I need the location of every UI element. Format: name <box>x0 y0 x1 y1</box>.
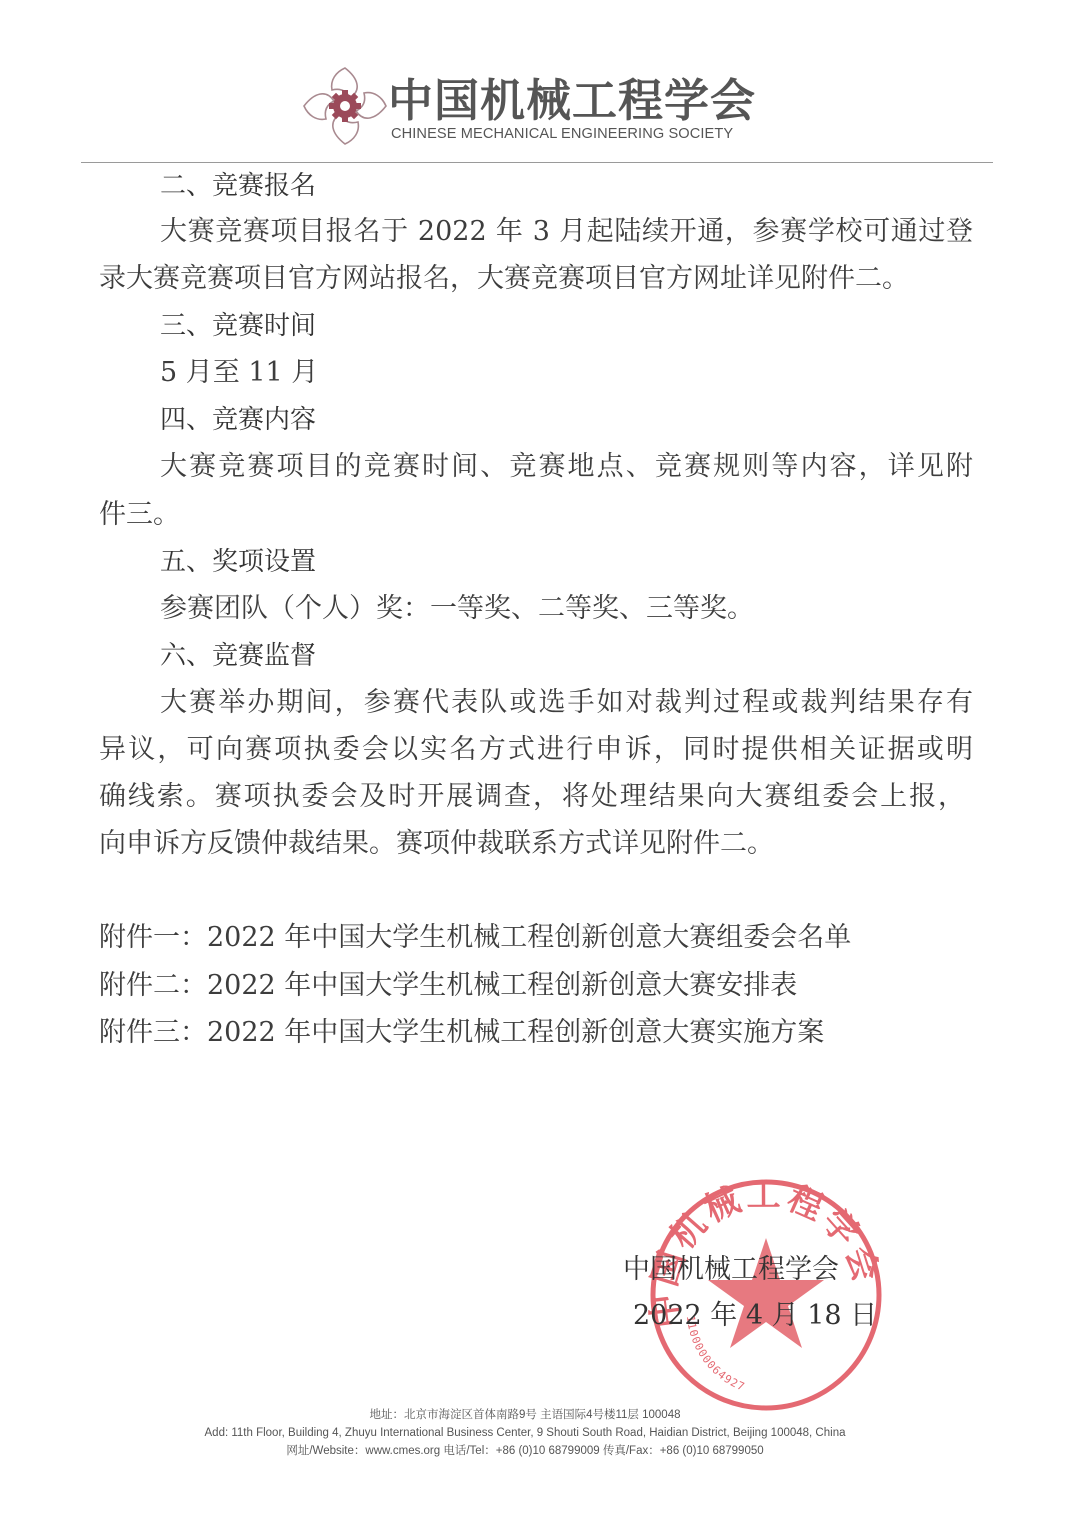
paragraph-line: 确线索。赛项执委会及时开展调查，将处理结果向大赛组委会上报， <box>99 777 965 817</box>
section-heading-supervision: 六、竞赛监督 <box>160 636 316 676</box>
section-heading-time: 三、竞赛时间 <box>160 306 316 346</box>
paragraph-line: 录大赛竞赛项目官方网站报名，大赛竞赛项目官方网址详见附件二。 <box>99 259 909 299</box>
paragraph-line: 向申诉方反馈仲裁结果。赛项仲裁联系方式详见附件二。 <box>99 824 774 864</box>
paragraph-line: 大赛竞赛项目的竞赛时间、竞赛地点、竞赛规则等内容，详见附 <box>160 447 973 487</box>
cmes-logo-icon <box>300 64 390 148</box>
signature-date: 2022 年 4 月 18 日 <box>633 1296 877 1336</box>
paragraph-line: 异议，可向赛项执委会以实名方式进行申诉，同时提供相关证据或明 <box>99 730 973 770</box>
section-heading-content: 四、竞赛内容 <box>160 400 316 440</box>
attachment-item: 附件一：2022 年中国大学生机械工程创新创意大赛组委会名单 <box>99 918 851 958</box>
footer-address-en: Add: 11th Floor, Building 4, Zhuyu Inter… <box>0 1425 1050 1441</box>
attachment-item: 附件三：2022 年中国大学生机械工程创新创意大赛实施方案 <box>99 1013 824 1053</box>
org-name-en: CHINESE MECHANICAL ENGINEERING SOCIETY <box>391 125 733 143</box>
header-divider <box>81 162 993 163</box>
section-heading-registration: 二、竞赛报名 <box>160 166 316 206</box>
section-heading-awards: 五、奖项设置 <box>160 542 316 582</box>
org-name-cn: 中国机械工程学会 <box>388 76 756 126</box>
paragraph-line: 大赛举办期间，参赛代表队或选手如对裁判过程或裁判结果存有 <box>160 683 973 723</box>
footer-contact: 网址/Website：www.cmes.org 电话/Tel：+86 (0)10… <box>0 1443 1050 1459</box>
paragraph-line: 大赛竞赛项目报名于 2022 年 3 月起陆续开通，参赛学校可通过登 <box>160 212 973 252</box>
paragraph-line: 参赛团队（个人）奖：一等奖、二等奖、三等奖。 <box>160 589 754 629</box>
footer-address-cn: 地址：北京市海淀区首体南路9号 主语国际4号楼11层 100048 <box>0 1407 1050 1423</box>
paragraph-line: 5 月至 11 月 <box>160 353 318 393</box>
attachment-item: 附件二：2022 年中国大学生机械工程创新创意大赛安排表 <box>99 966 797 1006</box>
signature-organization: 中国机械工程学会 <box>623 1250 839 1290</box>
paragraph-line: 件三。 <box>99 495 180 535</box>
official-seal: 中国机械工程学会 1100000064927 <box>647 1176 885 1414</box>
